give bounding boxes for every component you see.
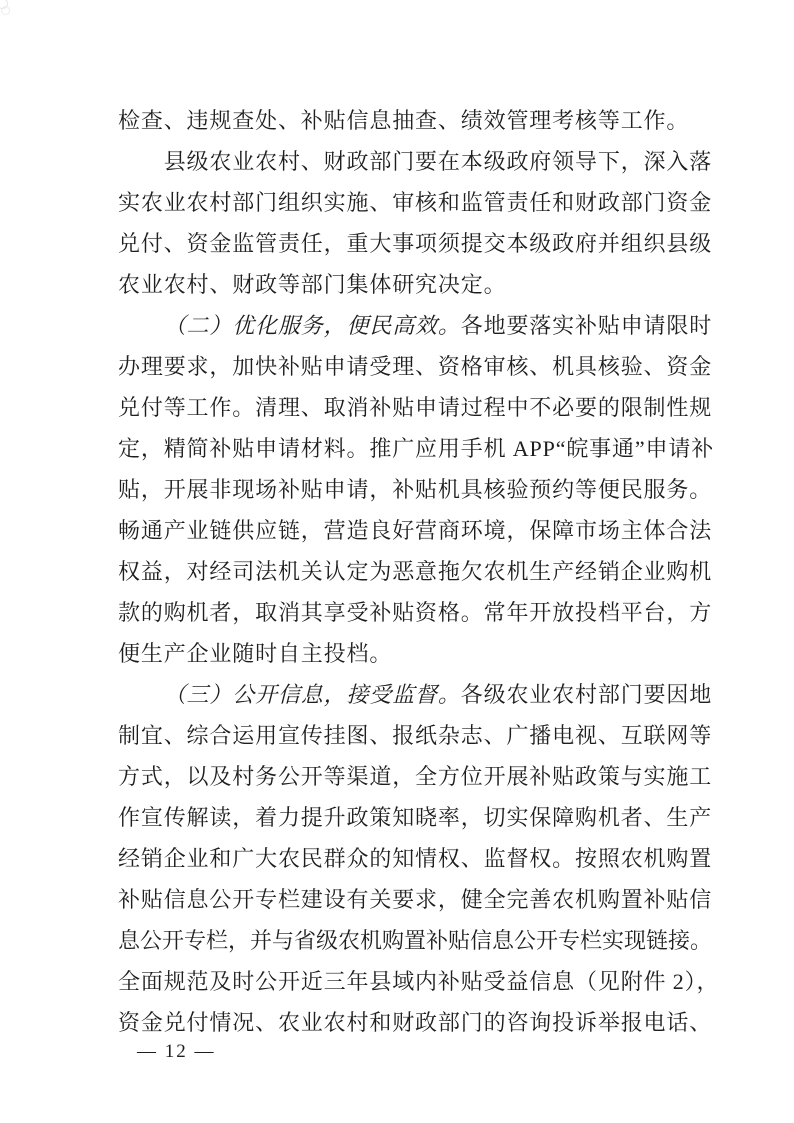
text-line: 息公开专栏，并与省级农机购置补贴信息公开专栏实现链接。 <box>118 920 714 961</box>
text-line: 贴，开展非现场补贴申请，补贴机具核验预约等便民服务。 <box>118 469 714 510</box>
line-text: 息公开专栏，并与省级农机购置补贴信息公开专栏实现链接。 <box>118 928 712 953</box>
line-text: 作宣传解读，着力提升政策知晓率，切实保障购机者、生产 <box>118 805 712 830</box>
line-text: 各地要落实补贴申请限时 <box>461 313 712 338</box>
text-line: 检查、违规查处、补贴信息抽查、绩效管理考核等工作。 <box>118 100 714 141</box>
line-text: 办理要求，加快补贴申请受理、资格审核、机具核验、资金 <box>118 354 712 379</box>
text-line: 全面规范及时公开近三年县域内补贴受益信息（见附件 2）， <box>118 961 714 1002</box>
text-line: 经销企业和广大农民群众的知情权、监督权。按照农机购置 <box>118 838 714 879</box>
text-line: 兑付等工作。清理、取消补贴申请过程中不必要的限制性规 <box>118 387 714 428</box>
line-text: 实农业农村部门组织实施、审核和监管责任和财政部门资金 <box>118 190 712 215</box>
text-line: 实农业农村部门组织实施、审核和监管责任和财政部门资金 <box>118 182 714 223</box>
line-text: 县级农业农村、财政部门要在本级政府领导下，深入落 <box>164 149 712 174</box>
page-number: — 12 — <box>137 1040 216 1064</box>
line-text: 方式，以及村务公开等渠道，全方位开展补贴政策与实施工 <box>118 764 712 789</box>
line-text: 兑付、资金监管责任，重大事项须提交本级政府并组织县级 <box>118 231 712 256</box>
text-line: 定，精简补贴申请材料。推广应用手机 APP“皖事通”申请补 <box>118 428 714 469</box>
text-line: 权益，对经司法机关认定为恶意拖欠农机生产经销企业购机 <box>118 551 714 592</box>
section-heading: （三）公开信息，接受监督。 <box>164 682 461 707</box>
scan-artifact <box>1 6 10 15</box>
text-line: 制宜、综合运用宣传挂图、报纸杂志、广播电视、互联网等 <box>118 715 714 756</box>
text-line: 畅通产业链供应链，营造良好营商环境，保障市场主体合法 <box>118 510 714 551</box>
line-text: 定，精简补贴申请材料。推广应用手机 APP“皖事通”申请补 <box>118 436 714 461</box>
line-text: 各级农业农村部门要因地 <box>461 682 712 707</box>
text-line: 资金兑付情况、农业农村和财政部门的咨询投诉举报电话、 <box>118 1002 714 1043</box>
document-page: 检查、违规查处、补贴信息抽查、绩效管理考核等工作。 县级农业农村、财政部门要在本… <box>0 0 794 1123</box>
line-text: 检查、违规查处、补贴信息抽查、绩效管理考核等工作。 <box>118 108 689 133</box>
text-line: 县级农业农村、财政部门要在本级政府领导下，深入落 <box>118 141 714 182</box>
line-text: 权益，对经司法机关认定为恶意拖欠农机生产经销企业购机 <box>118 559 712 584</box>
line-text: 制宜、综合运用宣传挂图、报纸杂志、广播电视、互联网等 <box>118 723 712 748</box>
text-line: 款的购机者，取消其享受补贴资格。常年开放投档平台，方 <box>118 592 714 633</box>
text-line: 农业农村、财政等部门集体研究决定。 <box>118 264 714 305</box>
line-text: 资金兑付情况、农业农村和财政部门的咨询投诉举报电话、 <box>118 1010 712 1035</box>
text-line: （二）优化服务，便民高效。各地要落实补贴申请限时 <box>118 305 714 346</box>
text-line: 方式，以及村务公开等渠道，全方位开展补贴政策与实施工 <box>118 756 714 797</box>
text-line: 办理要求，加快补贴申请受理、资格审核、机具核验、资金 <box>118 346 714 387</box>
text-line: 便生产企业随时自主投档。 <box>118 633 714 674</box>
document-body: 检查、违规查处、补贴信息抽查、绩效管理考核等工作。 县级农业农村、财政部门要在本… <box>118 100 714 1043</box>
text-line: 补贴信息公开专栏建设有关要求，健全完善农机购置补贴信 <box>118 879 714 920</box>
line-text: 款的购机者，取消其享受补贴资格。常年开放投档平台，方 <box>118 600 712 625</box>
text-line: 作宣传解读，着力提升政策知晓率，切实保障购机者、生产 <box>118 797 714 838</box>
line-text: 兑付等工作。清理、取消补贴申请过程中不必要的限制性规 <box>118 395 712 420</box>
section-heading: （二）优化服务，便民高效。 <box>164 313 461 338</box>
text-line: 兑付、资金监管责任，重大事项须提交本级政府并组织县级 <box>118 223 714 264</box>
line-text: 经销企业和广大农民群众的知情权、监督权。按照农机购置 <box>118 846 712 871</box>
line-text: 畅通产业链供应链，营造良好营商环境，保障市场主体合法 <box>118 518 712 543</box>
line-text: 贴，开展非现场补贴申请，补贴机具核验预约等便民服务。 <box>118 477 712 502</box>
line-text: 全面规范及时公开近三年县域内补贴受益信息（见附件 2）， <box>118 969 719 994</box>
line-text: 农业农村、财政等部门集体研究决定。 <box>118 272 506 297</box>
text-line: （三）公开信息，接受监督。各级农业农村部门要因地 <box>118 674 714 715</box>
line-text: 补贴信息公开专栏建设有关要求，健全完善农机购置补贴信 <box>118 887 712 912</box>
line-text: 便生产企业随时自主投档。 <box>118 641 392 666</box>
